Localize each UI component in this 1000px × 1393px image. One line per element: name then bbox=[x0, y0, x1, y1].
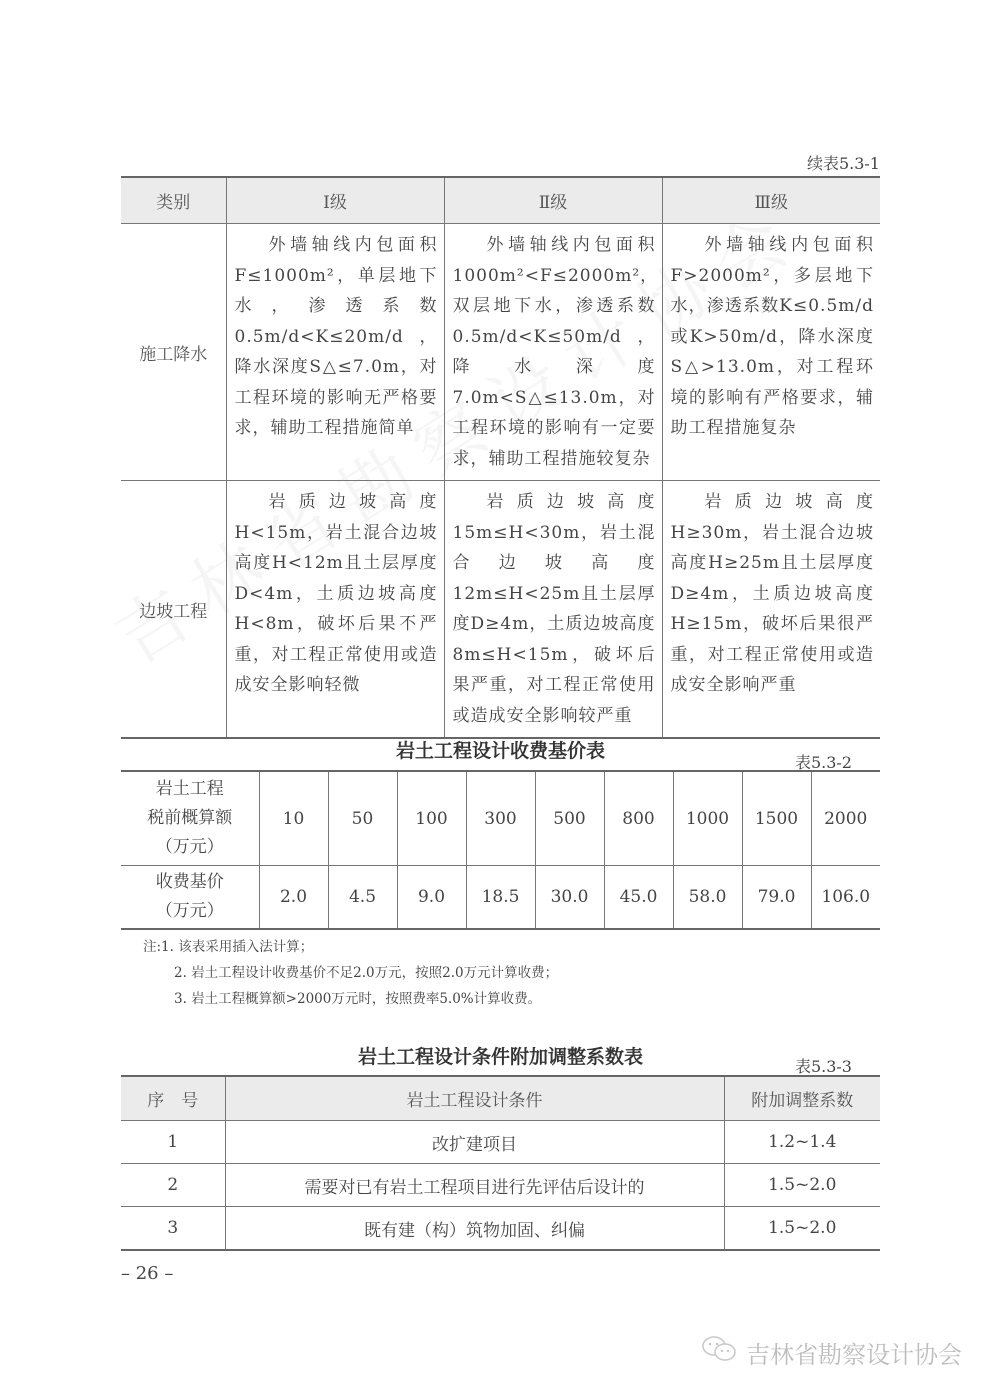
base-price-row: 收费基价 （万元） 2.0 4.5 9.0 18.5 30.0 45.0 58.… bbox=[121, 866, 880, 930]
brand-footer: 吉林省勘察设计协会 bbox=[700, 1334, 962, 1370]
condition-cell: 改扩建项目 bbox=[225, 1121, 724, 1164]
amount-cell: 800 bbox=[604, 771, 673, 866]
note-2: 2. 岩土工程设计收费基价不足2.0万元，按照2.0万元计算收费； bbox=[143, 960, 558, 986]
header-no: 序 号 bbox=[121, 1076, 225, 1121]
label-line: 收费基价 bbox=[121, 868, 259, 897]
grading-table: 类别 Ⅰ级 Ⅱ级 Ⅲ级 施工降水 外墙轴线内包面积F≤1000m²，单层地下水，… bbox=[121, 176, 880, 739]
amount-cell: 100 bbox=[397, 771, 466, 866]
amount-cell: 50 bbox=[328, 771, 397, 866]
table3-caption: 表5.3-3 bbox=[700, 1054, 852, 1077]
label-line: 岩土工程 bbox=[121, 775, 259, 804]
level-2-cell: 岩质边坡高度15m≤H<30m，岩土混合边坡高度12m≤H<25m且土层厚度D≥… bbox=[444, 481, 662, 739]
price-cell: 9.0 bbox=[397, 866, 466, 930]
fee-base-table: 岩土工程 税前概算额 （万元） 10 50 100 300 500 800 10… bbox=[121, 770, 880, 930]
price-cell: 4.5 bbox=[328, 866, 397, 930]
table-header-row: 序 号 岩土工程设计条件 附加调整系数 bbox=[121, 1076, 880, 1121]
no-cell: 3 bbox=[121, 1207, 225, 1251]
level-1-cell: 外墙轴线内包面积F≤1000m²，单层地下水，渗透系数0.5m/d<K≤20m/… bbox=[226, 224, 444, 481]
price-cell: 30.0 bbox=[535, 866, 604, 930]
category-cell: 边坡工程 bbox=[121, 481, 226, 739]
amount-cell: 2000 bbox=[811, 771, 880, 866]
level-3-cell: 外墙轴线内包面积F>2000m²，多层地下水，渗透系数K≤0.5m/d或K>50… bbox=[662, 224, 880, 481]
note-3: 3. 岩土工程概算额>2000万元时，按照费率5.0%计算收费。 bbox=[143, 986, 558, 1012]
no-cell: 1 bbox=[121, 1121, 225, 1164]
amount-cell: 1000 bbox=[673, 771, 742, 866]
adjustment-coefficient-table: 序 号 岩土工程设计条件 附加调整系数 1 改扩建项目 1.2~1.4 2 需要… bbox=[121, 1075, 880, 1251]
coefficient-cell: 1.5~2.0 bbox=[724, 1207, 880, 1251]
price-cell: 18.5 bbox=[466, 866, 535, 930]
table-row: 边坡工程 岩质边坡高度H<15m，岩土混合边坡高度H<12m且土层厚度D<4m，… bbox=[121, 481, 880, 739]
coefficient-cell: 1.5~2.0 bbox=[724, 1164, 880, 1207]
header-condition: 岩土工程设计条件 bbox=[225, 1076, 724, 1121]
condition-cell: 需要对已有岩土工程项目进行先评估后设计的 bbox=[225, 1164, 724, 1207]
header-coefficient: 附加调整系数 bbox=[724, 1076, 880, 1121]
price-cell: 79.0 bbox=[742, 866, 811, 930]
header-level-3: Ⅲ级 bbox=[662, 177, 880, 224]
price-cell: 106.0 bbox=[811, 866, 880, 930]
header-level-2: Ⅱ级 bbox=[444, 177, 662, 224]
header-category: 类别 bbox=[121, 177, 226, 224]
condition-cell: 既有建（构）筑物加固、纠偏 bbox=[225, 1207, 724, 1251]
price-cell: 2.0 bbox=[259, 866, 328, 930]
category-cell: 施工降水 bbox=[121, 224, 226, 481]
label-line: （万元） bbox=[121, 833, 259, 862]
amount-cell: 300 bbox=[466, 771, 535, 866]
table-header-row: 类别 Ⅰ级 Ⅱ级 Ⅲ级 bbox=[121, 177, 880, 224]
amount-cell: 1500 bbox=[742, 771, 811, 866]
price-cell: 45.0 bbox=[604, 866, 673, 930]
label-line: 税前概算额 bbox=[121, 804, 259, 833]
price-cell: 58.0 bbox=[673, 866, 742, 930]
table-row: 3 既有建（构）筑物加固、纠偏 1.5~2.0 bbox=[121, 1207, 880, 1251]
no-cell: 2 bbox=[121, 1164, 225, 1207]
level-2-cell: 外墙轴线内包面积1000m²<F≤2000m²，双层地下水，渗透系数0.5m/d… bbox=[444, 224, 662, 481]
row-label: 岩土工程 税前概算额 （万元） bbox=[121, 771, 259, 866]
wechat-icon bbox=[700, 1334, 740, 1370]
table-row: 施工降水 外墙轴线内包面积F≤1000m²，单层地下水，渗透系数0.5m/d<K… bbox=[121, 224, 880, 481]
table-row: 1 改扩建项目 1.2~1.4 bbox=[121, 1121, 880, 1164]
row-label: 收费基价 （万元） bbox=[121, 866, 259, 930]
header-level-1: Ⅰ级 bbox=[226, 177, 444, 224]
page-number: – 26 – bbox=[121, 1263, 173, 1284]
coefficient-cell: 1.2~1.4 bbox=[724, 1121, 880, 1164]
table1-caption: 续表5.3-1 bbox=[700, 151, 880, 174]
amount-row: 岩土工程 税前概算额 （万元） 10 50 100 300 500 800 10… bbox=[121, 771, 880, 866]
level-3-cell: 岩质边坡高度H≥30m，岩土混合边坡高度H≥25m且土层厚度D≥4m，土质边坡高… bbox=[662, 481, 880, 739]
brand-name: 吉林省勘察设计协会 bbox=[746, 1335, 962, 1370]
label-line: （万元） bbox=[121, 897, 259, 926]
level-1-cell: 岩质边坡高度H<15m，岩土混合边坡高度H<12m且土层厚度D<4m，土质边坡高… bbox=[226, 481, 444, 739]
amount-cell: 500 bbox=[535, 771, 604, 866]
table-row: 2 需要对已有岩土工程项目进行先评估后设计的 1.5~2.0 bbox=[121, 1164, 880, 1207]
note-1: 注:1. 该表采用插入法计算； bbox=[143, 934, 558, 960]
table-notes: 注:1. 该表采用插入法计算； 2. 岩土工程设计收费基价不足2.0万元，按照2… bbox=[143, 934, 558, 1012]
amount-cell: 10 bbox=[259, 771, 328, 866]
